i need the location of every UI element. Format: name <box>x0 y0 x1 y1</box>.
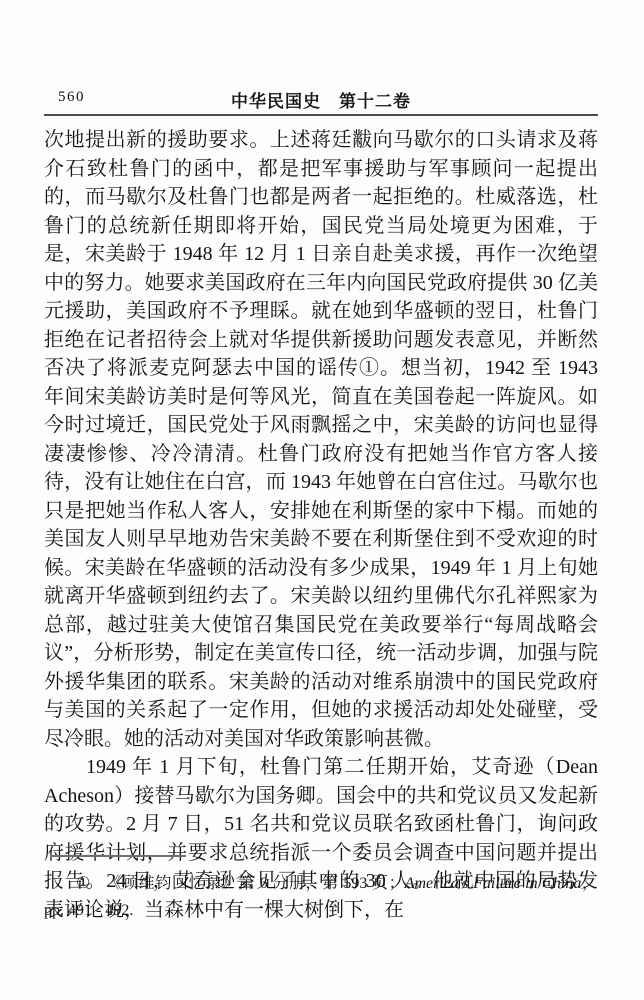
body-text: 次地提出新的援助要求。上述蒋廷黻向马歇尔的口头请求及蒋介石致杜鲁门的函中，都是把… <box>44 126 598 924</box>
footnote-separator-rule <box>50 855 186 857</box>
header-book-title: 中华民国史 第十二卷 <box>44 87 598 112</box>
footnote-title-english: America's Failure in China <box>405 875 582 892</box>
header-rule <box>44 114 598 116</box>
footnote: ①《顾维钧回忆录》第 6 分册，第 593 页；America's Failur… <box>44 870 598 924</box>
footnote-marker: ① <box>76 875 91 892</box>
footnote-text-chinese: 《顾维钧回忆录》第 6 分册，第 593 页； <box>105 875 404 892</box>
footnote-area: ①《顾维钧回忆录》第 6 分册，第 593 页；America's Failur… <box>44 855 598 924</box>
paragraph-continued: 次地提出新的援助要求。上述蒋廷黻向马歇尔的口头请求及蒋介石致杜鲁门的函中，都是把… <box>44 126 598 753</box>
running-header: 560 中华民国史 第十二卷 <box>44 87 598 109</box>
book-page: 560 中华民国史 第十二卷 次地提出新的援助要求。上述蒋廷黻向马歇尔的口头请求… <box>0 0 644 1000</box>
